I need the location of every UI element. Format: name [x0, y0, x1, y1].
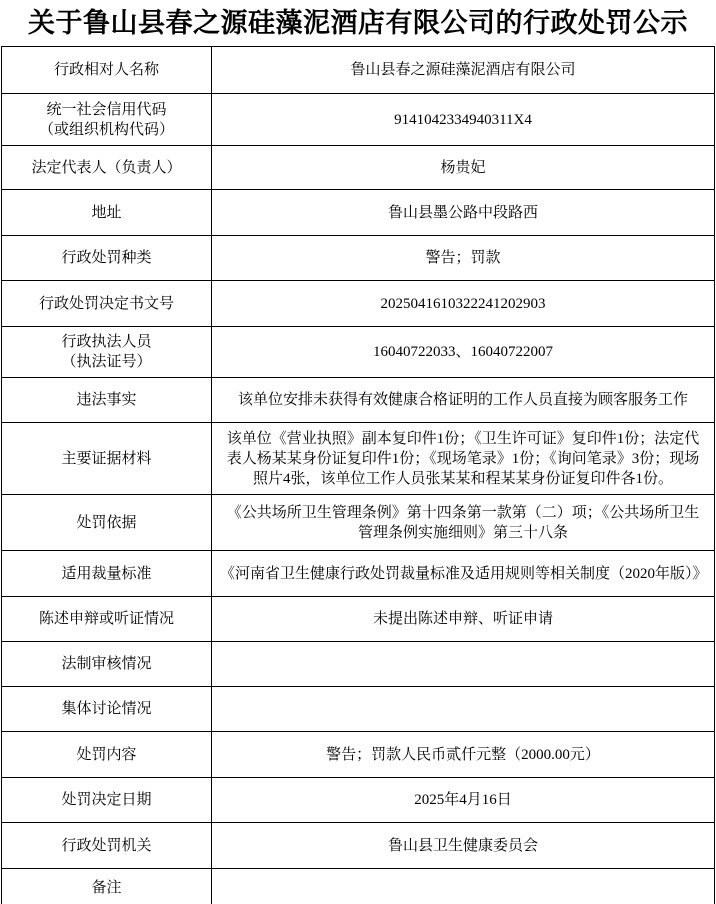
table-row: 地址鲁山县墨公路中段路西 [2, 190, 715, 236]
table-row: 违法事实该单位安排未获得有效健康合格证明的工作人员直接为顾客服务工作 [2, 378, 715, 423]
field-value: 2025041610322241202903 [212, 281, 715, 327]
table-row: 行政处罚机关鲁山县卫生健康委员会 [2, 823, 715, 869]
table-row: 处罚决定日期2025年4月16日 [2, 778, 715, 823]
field-label: 行政处罚机关 [2, 823, 212, 869]
field-label: 地址 [2, 190, 212, 236]
field-value: 2025年4月16日 [212, 778, 715, 823]
table-row: 处罚依据《公共场所卫生管理条例》第十四条第一款第（二）项；《公共场所卫生管理条例… [2, 495, 715, 551]
table-row: 统一社会信用代码 （或组织机构代码）9141042334940311X4 [2, 94, 715, 146]
field-label: 陈述申辩或听证情况 [2, 597, 212, 642]
table-row: 行政执法人员 （执法证号）16040722033、16040722007 [2, 327, 715, 378]
field-label: 处罚决定日期 [2, 778, 212, 823]
field-label: 主要证据材料 [2, 423, 212, 495]
field-label: 行政处罚决定书文号 [2, 281, 212, 327]
field-label: 统一社会信用代码 （或组织机构代码） [2, 94, 212, 146]
table-row: 处罚内容警告；罚款人民币贰仟元整（2000.00元） [2, 732, 715, 778]
field-value: 鲁山县卫生健康委员会 [212, 823, 715, 869]
field-value [212, 869, 715, 904]
field-label: 适用裁量标准 [2, 551, 212, 597]
field-value: 《公共场所卫生管理条例》第十四条第一款第（二）项；《公共场所卫生管理条例实施细则… [212, 495, 715, 551]
field-label: 处罚依据 [2, 495, 212, 551]
field-label: 处罚内容 [2, 732, 212, 778]
table-row: 行政处罚决定书文号2025041610322241202903 [2, 281, 715, 327]
penalty-table-body: 行政相对人名称鲁山县春之源硅藻泥酒店有限公司统一社会信用代码 （或组织机构代码）… [2, 47, 715, 904]
field-value [212, 642, 715, 687]
field-value [212, 687, 715, 732]
field-label: 行政执法人员 （执法证号） [2, 327, 212, 378]
page-title: 关于鲁山县春之源硅藻泥酒店有限公司的行政处罚公示 [0, 0, 716, 46]
field-label: 备注 [2, 869, 212, 904]
field-value: 该单位安排未获得有效健康合格证明的工作人员直接为顾客服务工作 [212, 378, 715, 423]
field-label: 行政相对人名称 [2, 47, 212, 94]
field-value: 杨贵妃 [212, 146, 715, 190]
field-value: 该单位《营业执照》副本复印件1份；《卫生许可证》复印件1份；法定代表人杨某某身份… [212, 423, 715, 495]
field-value: 9141042334940311X4 [212, 94, 715, 146]
penalty-notice-page: 关于鲁山县春之源硅藻泥酒店有限公司的行政处罚公示 行政相对人名称鲁山县春之源硅藻… [0, 0, 716, 904]
field-value: 警告；罚款 [212, 236, 715, 281]
table-row: 法制审核情况 [2, 642, 715, 687]
field-value: 16040722033、16040722007 [212, 327, 715, 378]
field-value: 鲁山县墨公路中段路西 [212, 190, 715, 236]
field-label: 行政处罚种类 [2, 236, 212, 281]
field-value: 未提出陈述申辩、听证申请 [212, 597, 715, 642]
table-row: 适用裁量标准《河南省卫生健康行政处罚裁量标准及适用规则等相关制度（2020年版）… [2, 551, 715, 597]
table-row: 行政处罚种类警告；罚款 [2, 236, 715, 281]
penalty-table: 行政相对人名称鲁山县春之源硅藻泥酒店有限公司统一社会信用代码 （或组织机构代码）… [1, 46, 715, 904]
field-value: 警告；罚款人民币贰仟元整（2000.00元） [212, 732, 715, 778]
field-label: 集体讨论情况 [2, 687, 212, 732]
field-value: 《河南省卫生健康行政处罚裁量标准及适用规则等相关制度（2020年版）》 [212, 551, 715, 597]
table-row: 备注 [2, 869, 715, 904]
table-row: 主要证据材料该单位《营业执照》副本复印件1份；《卫生许可证》复印件1份；法定代表… [2, 423, 715, 495]
table-row: 集体讨论情况 [2, 687, 715, 732]
field-label: 法定代表人（负责人） [2, 146, 212, 190]
table-row: 陈述申辩或听证情况未提出陈述申辩、听证申请 [2, 597, 715, 642]
field-value: 鲁山县春之源硅藻泥酒店有限公司 [212, 47, 715, 94]
field-label: 法制审核情况 [2, 642, 212, 687]
field-label: 违法事实 [2, 378, 212, 423]
table-row: 法定代表人（负责人）杨贵妃 [2, 146, 715, 190]
table-row: 行政相对人名称鲁山县春之源硅藻泥酒店有限公司 [2, 47, 715, 94]
